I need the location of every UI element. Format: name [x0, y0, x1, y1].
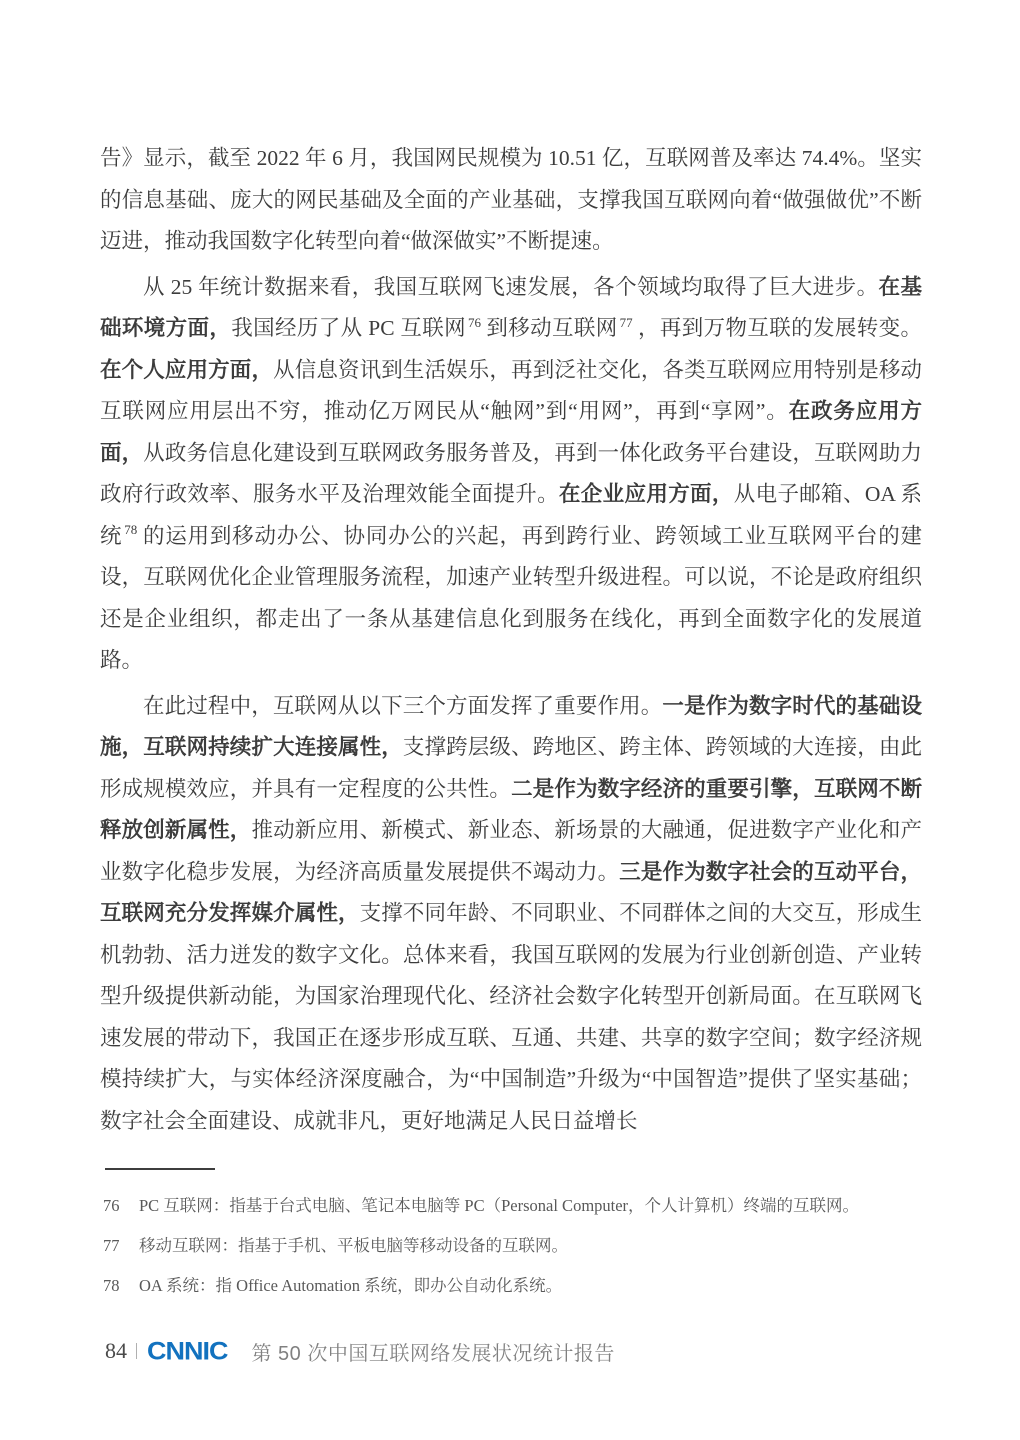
footnotes-block: 76 PC 互联网：指基于台式电脑、笔记本电脑等 PC（Personal Com…	[103, 1186, 903, 1306]
footnote-ref-77: 77	[620, 315, 633, 330]
footnote-item: 77 移动互联网：指基于手机、平板电脑等移动设备的互联网。	[103, 1226, 903, 1266]
paragraph-2-text: ，再到万物互联的发展转变。	[638, 316, 922, 340]
document-page: 告》显示，截至 2022 年 6 月，我国网民规模为 10.51 亿，互联网普及…	[0, 0, 1020, 1440]
body-text-block: 告》显示，截至 2022 年 6 月，我国网民规模为 10.51 亿，互联网普及…	[100, 138, 922, 1146]
footnote-number: 76	[103, 1186, 139, 1226]
bold-heading-enterprise-apps: 在企业应用方面，	[559, 482, 734, 506]
footnote-text: OA 系统：指 Office Automation 系统，即办公自动化系统。	[139, 1266, 903, 1306]
footnote-number: 78	[103, 1266, 139, 1306]
footnote-separator	[105, 1168, 215, 1170]
footnote-number: 77	[103, 1226, 139, 1266]
footnote-item: 76 PC 互联网：指基于台式电脑、笔记本电脑等 PC（Personal Com…	[103, 1186, 903, 1226]
footnote-item: 78 OA 系统：指 Office Automation 系统，即办公自动化系统…	[103, 1266, 903, 1306]
footer-divider	[136, 1343, 137, 1359]
paragraph-1-text: 告》显示，截至 2022 年 6 月，我国网民规模为 10.51 亿，互联网普及…	[100, 146, 922, 253]
footnote-ref-76: 76	[468, 315, 481, 330]
paragraph-3-text: 支撑不同年龄、不同职业、不同群体之间的大交互，形成生机勃勃、活力迸发的数字文化。…	[100, 901, 922, 1133]
page-number: 84	[105, 1338, 127, 1364]
paragraph-2-text: 从 25 年统计数据来看，我国互联网飞速发展，各个领域均取得了巨大进步。	[143, 275, 879, 299]
paragraph-2: 从 25 年统计数据来看，我国互联网飞速发展，各个领域均取得了巨大进步。在基础环…	[100, 267, 922, 682]
paragraph-2-text: 的运用到移动办公、协同办公的兴起，再到跨行业、跨领域工业互联网平台的建设，互联网…	[100, 524, 922, 673]
page-footer: 84 CNNIC 第 50 次中国互联网络发展状况统计报告	[105, 1332, 615, 1370]
footnote-ref-78: 78	[124, 522, 137, 537]
paragraph-1: 告》显示，截至 2022 年 6 月，我国网民规模为 10.51 亿，互联网普及…	[100, 138, 922, 263]
cnnic-logo: CNNIC	[147, 1337, 228, 1366]
report-title: 第 50 次中国互联网络发展状况统计报告	[252, 1337, 615, 1366]
footnote-text: 移动互联网：指基于手机、平板电脑等移动设备的互联网。	[139, 1226, 903, 1266]
paragraph-2-text: 到移动互联网	[486, 316, 618, 340]
footnote-text: PC 互联网：指基于台式电脑、笔记本电脑等 PC（Personal Comput…	[139, 1186, 903, 1226]
paragraph-3-text: 在此过程中，互联网从以下三个方面发挥了重要作用。	[143, 694, 662, 718]
bold-heading-personal-apps: 在个人应用方面，	[100, 358, 273, 382]
paragraph-2-text: 我国经历了从 PC 互联网	[231, 316, 466, 340]
paragraph-3: 在此过程中，互联网从以下三个方面发挥了重要作用。一是作为数字时代的基础设施，互联…	[100, 686, 922, 1143]
